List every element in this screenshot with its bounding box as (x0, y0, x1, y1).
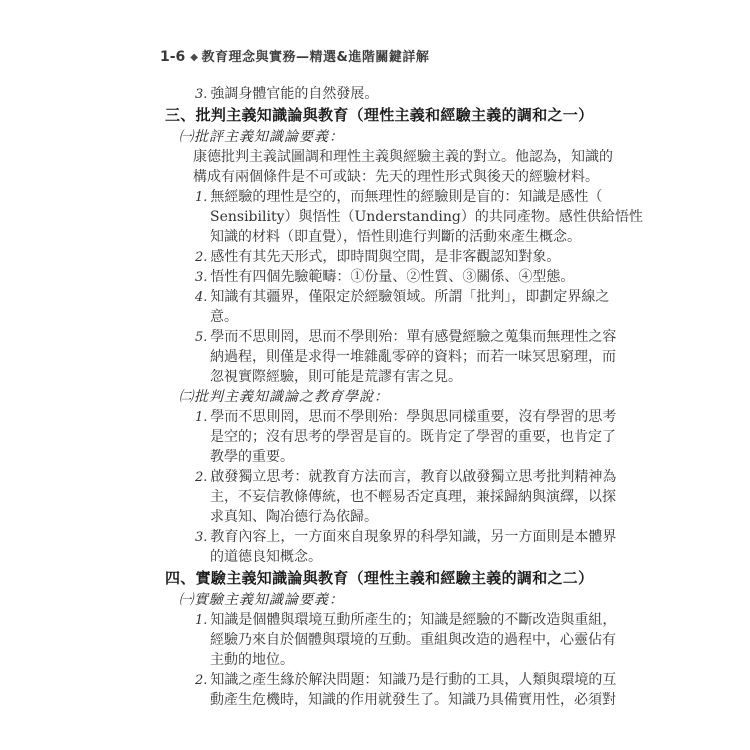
item-text: 啟發獨立思考：就教育方法而言，教育以啟發獨立思考批判精神為 (210, 469, 616, 485)
book-page: 1-6◆教育理念與實務—精選&進階關鍵詳解 3.強調身體官能的自然發展。三、批判… (0, 0, 750, 750)
item-text: 悟性有四個先驗範疇：①份量、②性質、③關係、④型態。 (210, 269, 574, 285)
item-number: 2. (195, 673, 207, 688)
item-text: 無經驗的理性是空的，而無理性的經驗則是盲的：知識是感性（ (210, 189, 602, 205)
item-number: 4. (195, 290, 207, 305)
text-line: 求真知、陶冶德行為依歸。 (210, 507, 750, 527)
item-number: 2. (195, 470, 207, 485)
page-number: 1-6 (160, 49, 185, 65)
page-body: 3.強調身體官能的自然發展。三、批判主義知識論與教育（理性主義和經驗主義的調和之… (0, 84, 750, 710)
text-line: 1.無經驗的理性是空的，而無理性的經驗則是盲的：知識是感性（ (195, 187, 750, 207)
text-line: 納過程，則僅是求得一堆雜亂零碎的資料；而若一味冥思窮理，而 (210, 347, 750, 367)
text-line: 2.感性有其先天形式，即時間與空間，是非客觀認知對象。 (195, 247, 750, 267)
text-line: 動產生危機時，知識的作用就發生了。知識乃具備實用性，必須對 (210, 690, 750, 710)
text-line: 意。 (210, 307, 750, 327)
text-line: 2.知識之產生緣於解決問題：知識乃是行動的工具，人類與環境的互 (195, 670, 750, 690)
text-line: 2.啟發獨立思考：就教育方法而言，教育以啟發獨立思考批判精神為 (195, 467, 750, 487)
item-text: 學而不思則罔，思而不學則殆：學與思同樣重要，沒有學習的思考 (210, 409, 616, 425)
section-heading: 四、實驗主義知識論與教育（理性主義和經驗主義的調和之二） (165, 567, 750, 590)
item-text: 知識有其疆界，僅限定於經驗領域。所謂「批判」，即劃定界線之 (210, 289, 609, 305)
text-line: 1.知識是個體與環境互動所產生的；知識是經驗的不斷改造與重組， (195, 610, 750, 630)
subsection-heading: ㈠批評主義知識論要義： (179, 127, 750, 147)
page-header: 1-6◆教育理念與實務—精選&進階關鍵詳解 (160, 46, 429, 65)
item-text: 學而不思則罔，思而不學則殆：單有感覺經驗之蒐集而無理性之容 (210, 329, 616, 345)
item-number: 1. (195, 190, 207, 205)
section-heading: 三、批判主義知識論與教育（理性主義和經驗主義的調和之一） (165, 104, 750, 127)
text-line: 3.強調身體官能的自然發展。 (195, 84, 750, 104)
item-number: 5. (195, 330, 207, 345)
text-line: 忽視實際經驗，則可能是荒謬有害之見。 (210, 367, 750, 387)
item-text: 教育內容上，一方面來自現象界的科學知識，另一方面則是本體界 (210, 529, 616, 545)
item-text: 知識之產生緣於解決問題：知識乃是行動的工具，人類與環境的互 (210, 672, 616, 688)
item-text: 知識是個體與環境互動所產生的；知識是經驗的不斷改造與重組， (210, 612, 616, 628)
text-line: 3.悟性有四個先驗範疇：①份量、②性質、③關係、④型態。 (195, 267, 750, 287)
text-line: 知識的材料（即直覺），悟性則進行判斷的活動來產生概念。 (210, 227, 750, 247)
book-title: 教育理念與實務—精選&進階關鍵詳解 (202, 50, 430, 65)
item-number: 2. (195, 250, 207, 265)
text-line: 構成有兩個條件是不可或缺：先天的理性形式與後天的經驗材料。 (193, 167, 750, 187)
text-line: 的道德良知概念。 (210, 547, 750, 567)
subsection-heading: ㈡批判主義知識論之教育學說： (179, 387, 750, 407)
text-line: 是空的；沒有思考的學習是盲的。既肯定了學習的重要，也肯定了 (210, 427, 750, 447)
text-line: 教學的重要。 (210, 447, 750, 467)
item-number: 3. (195, 530, 207, 545)
item-number: 1. (195, 410, 207, 425)
item-number: 1. (195, 613, 207, 628)
item-number: 3. (195, 270, 207, 285)
text-line: 主動的地位。 (210, 650, 750, 670)
text-line: 1.學而不思則罔，思而不學則殆：學與思同樣重要，沒有學習的思考 (195, 407, 750, 427)
text-line: 主，不妄信教條傳統，也不輕易否定真理，兼採歸納與演繹，以探 (210, 487, 750, 507)
text-line: 4.知識有其疆界，僅限定於經驗領域。所謂「批判」，即劃定界線之 (195, 287, 750, 307)
item-number: 3. (195, 87, 207, 102)
text-line: 5.學而不思則罔，思而不學則殆：單有感覺經驗之蒐集而無理性之容 (195, 327, 750, 347)
text-line: 康德批判主義試圖調和理性主義與經驗主義的對立。他認為，知識的 (193, 147, 750, 167)
text-line: Sensibility）與悟性（Understanding）的共同產物。感性供給… (210, 207, 750, 227)
diamond-icon: ◆ (190, 52, 198, 63)
subsection-heading: ㈠實驗主義知識論要義： (179, 590, 750, 610)
text-line: 3.教育內容上，一方面來自現象界的科學知識，另一方面則是本體界 (195, 527, 750, 547)
item-text: 強調身體官能的自然發展。 (210, 86, 378, 102)
text-line: 經驗乃來自於個體與環境的互動。重組與改造的過程中，心靈佔有 (210, 630, 750, 650)
item-text: 感性有其先天形式，即時間與空間，是非客觀認知對象。 (210, 249, 560, 265)
